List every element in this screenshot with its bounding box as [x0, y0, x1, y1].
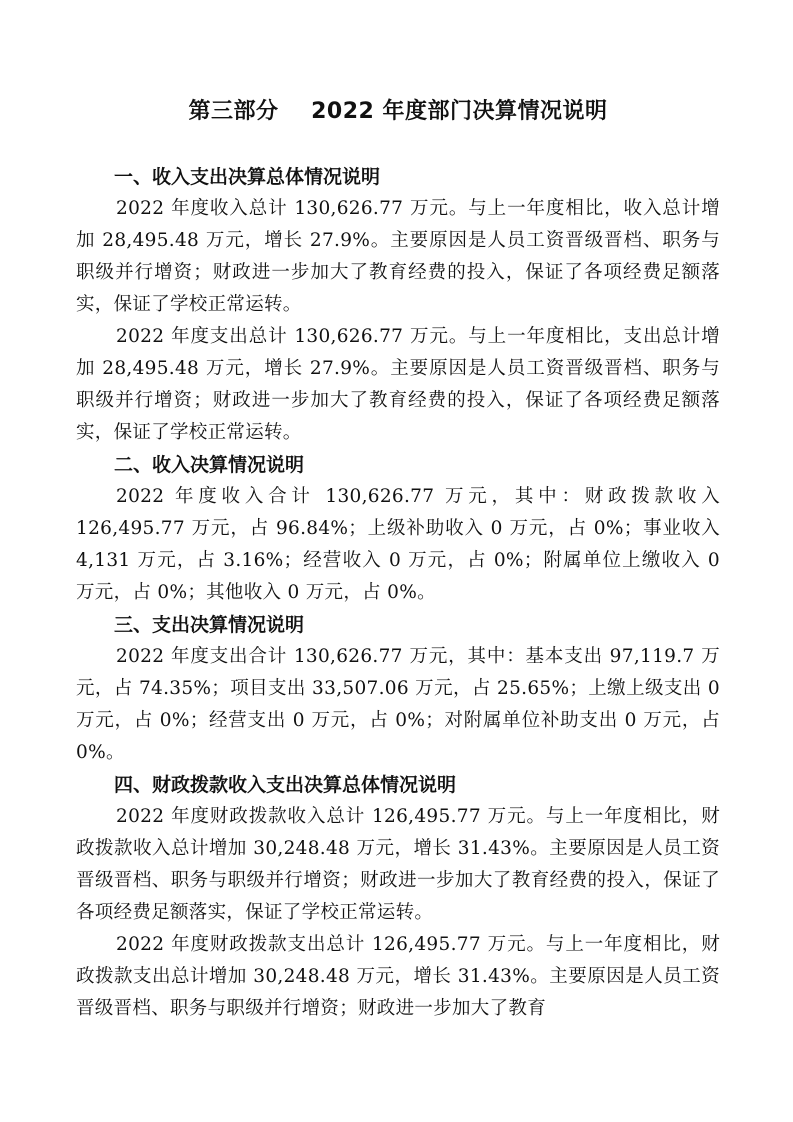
- page-title: 第三部分 2022 年度部门决算情况说明: [76, 96, 720, 128]
- section-heading: 一、收入支出决算总体情况说明: [76, 161, 720, 193]
- paragraph-income-breakdown: 2022 年度收入合计 130,626.77 万元，其中：财政拨款收入 126,…: [76, 481, 720, 609]
- section-expense-detail: 三、支出决算情况说明 2022 年度支出合计 130,626.77 万元，其中：…: [76, 609, 720, 769]
- section-heading: 二、收入决算情况说明: [76, 449, 720, 481]
- paragraph-appropriation-income: 2022 年度财政拨款收入总计 126,495.77 万元。与上一年度相比，财政…: [76, 801, 720, 929]
- section-income-detail: 二、收入决算情况说明 2022 年度收入合计 130,626.77 万元，其中：…: [76, 449, 720, 609]
- paragraph-total-expense: 2022 年度支出总计 130,626.77 万元。与上一年度相比，支出总计增加…: [76, 321, 720, 449]
- section-heading: 四、财政拨款收入支出决算总体情况说明: [76, 769, 720, 801]
- section-heading: 三、支出决算情况说明: [76, 609, 720, 641]
- paragraph-expense-breakdown: 2022 年度支出合计 130,626.77 万元，其中：基本支出 97,119…: [76, 641, 720, 769]
- document-page: 第三部分 2022 年度部门决算情况说明 一、收入支出决算总体情况说明 2022…: [76, 96, 720, 1025]
- section-income-expense-overview: 一、收入支出决算总体情况说明 2022 年度收入总计 130,626.77 万元…: [76, 161, 720, 449]
- paragraph-appropriation-expense: 2022 年度财政拨款支出总计 126,495.77 万元。与上一年度相比，财政…: [76, 929, 720, 1025]
- section-fiscal-appropriation-overview: 四、财政拨款收入支出决算总体情况说明 2022 年度财政拨款收入总计 126,4…: [76, 769, 720, 1025]
- paragraph-total-income: 2022 年度收入总计 130,626.77 万元。与上一年度相比，收入总计增加…: [76, 193, 720, 321]
